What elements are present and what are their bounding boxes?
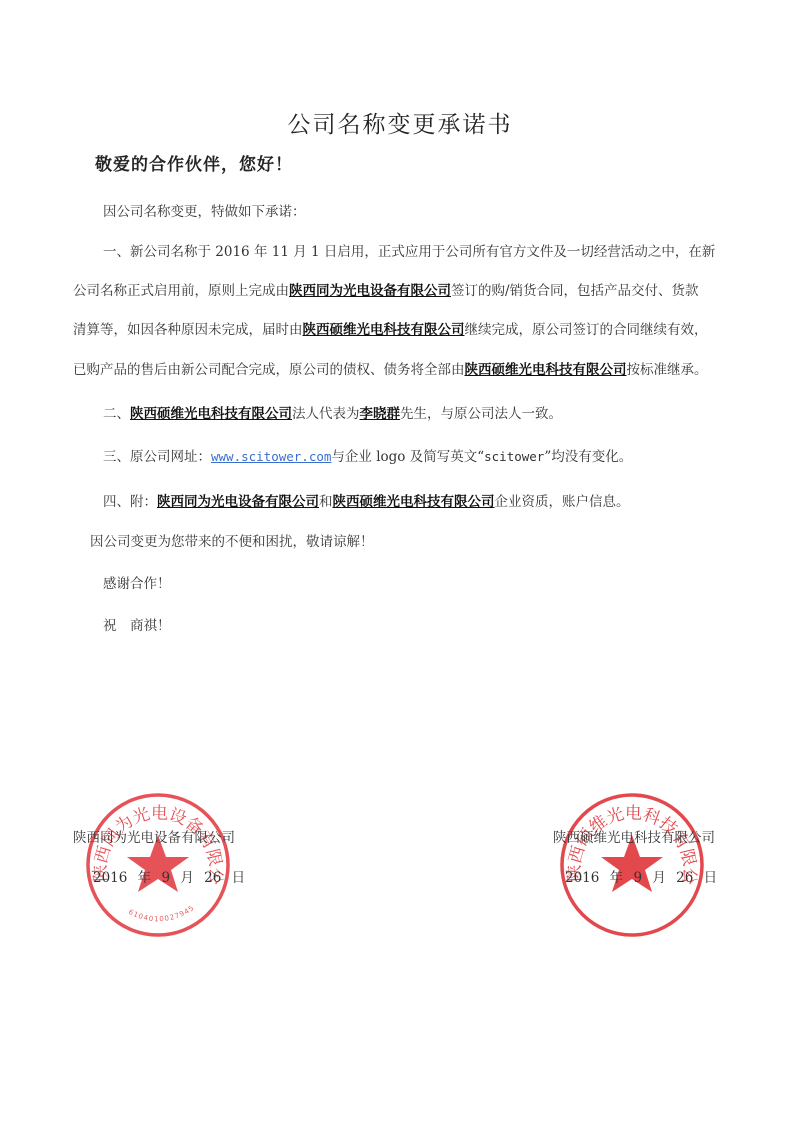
text: 先生，与原公司法人一致。 — [400, 406, 562, 422]
text: 三、原公司网址： — [103, 449, 211, 465]
company-name-new: 陕西硕维光电科技有限公司 — [465, 362, 627, 378]
item1-line1: 一、新公司名称于 2016 年 11 月 1 日启用，正式应用于公司所有官方文件… — [103, 240, 715, 260]
company-name-new: 陕西硕维光电科技有限公司 — [333, 494, 495, 510]
company-name-old: 陕西同为光电设备有限公司 — [157, 494, 319, 510]
item1-line3: 清算等，如因各种原因未完成，届时由陕西硕维光电科技有限公司继续完成，原公司签订的… — [73, 318, 708, 338]
wish-line: 祝 商祺！ — [103, 614, 171, 634]
company-name-new: 陕西硕维光电科技有限公司 — [303, 322, 465, 338]
text: ”均没有变化。 — [544, 449, 632, 465]
text: 与企业 logo 及简写英文“ — [331, 449, 484, 465]
document-page: 公司名称变更承诺书 敬爱的合作伙伴，您好！ 因公司名称变更，特做如下承诺： 一、… — [0, 0, 800, 1131]
item1-line2: 公司名称正式启用前，原则上完成由陕西同为光电设备有限公司签订的购/销货合同，包括… — [73, 279, 699, 299]
right-signature-date: 2016 年 9 月 26 日 — [565, 866, 717, 886]
thanks-line: 感谢合作！ — [103, 572, 171, 592]
text: 按标准继承。 — [627, 362, 708, 378]
text: 清算等，如因各种原因未完成，届时由 — [73, 322, 303, 338]
company-name-old: 陕西同为光电设备有限公司 — [289, 283, 451, 299]
item2-line: 二、陕西硕维光电科技有限公司法人代表为李晓群先生，与原公司法人一致。 — [103, 402, 562, 422]
page-title: 公司名称变更承诺书 — [0, 106, 800, 139]
text: 四、附： — [103, 494, 157, 510]
abbr-text: scitower — [484, 449, 544, 464]
left-signature-company: 陕西同为光电设备有限公司 — [73, 826, 235, 846]
left-signature-date: 2016 年 9 月 26 日 — [93, 866, 245, 886]
text: 公司名称正式启用前，原则上完成由 — [73, 283, 289, 299]
right-company-seal: 陕西硕维光电科技有限公司 — [557, 790, 707, 940]
legal-representative: 李晓群 — [360, 406, 401, 422]
item4-line: 四、附：陕西同为光电设备有限公司和陕西硕维光电科技有限公司企业资质，账户信息。 — [103, 490, 630, 510]
website-link[interactable]: www.scitower.com — [211, 449, 331, 464]
svg-text:6104010027945: 6104010027945 — [127, 904, 196, 924]
right-signature-company: 陕西硕维光电科技有限公司 — [553, 826, 715, 846]
greeting: 敬爱的合作伙伴，您好！ — [95, 150, 293, 175]
left-company-seal: 陕西同为光电设备有限公司 6104010027945 — [83, 790, 233, 940]
item1-line4: 已购产品的售后由新公司配合完成，原公司的债权、债务将全部由陕西硕维光电科技有限公… — [73, 358, 708, 378]
text: 和 — [319, 494, 333, 510]
text: 继续完成，原公司签订的合同继续有效， — [465, 322, 708, 338]
text: 企业资质，账户信息。 — [495, 494, 630, 510]
item3-line: 三、原公司网址：www.scitower.com与企业 logo 及简写英文“s… — [103, 445, 632, 465]
text: 已购产品的售后由新公司配合完成，原公司的债权、债务将全部由 — [73, 362, 465, 378]
intro-line: 因公司名称变更，特做如下承诺： — [103, 200, 306, 220]
text: 二、 — [103, 406, 130, 422]
text: 法人代表为 — [292, 406, 360, 422]
apology-line: 因公司变更为您带来的不便和困扰，敬请谅解！ — [90, 530, 374, 550]
text: 签订的购/销货合同，包括产品交付、货款 — [451, 283, 699, 299]
company-name-new: 陕西硕维光电科技有限公司 — [130, 406, 292, 422]
seal-number: 6104010027945 — [127, 904, 196, 924]
